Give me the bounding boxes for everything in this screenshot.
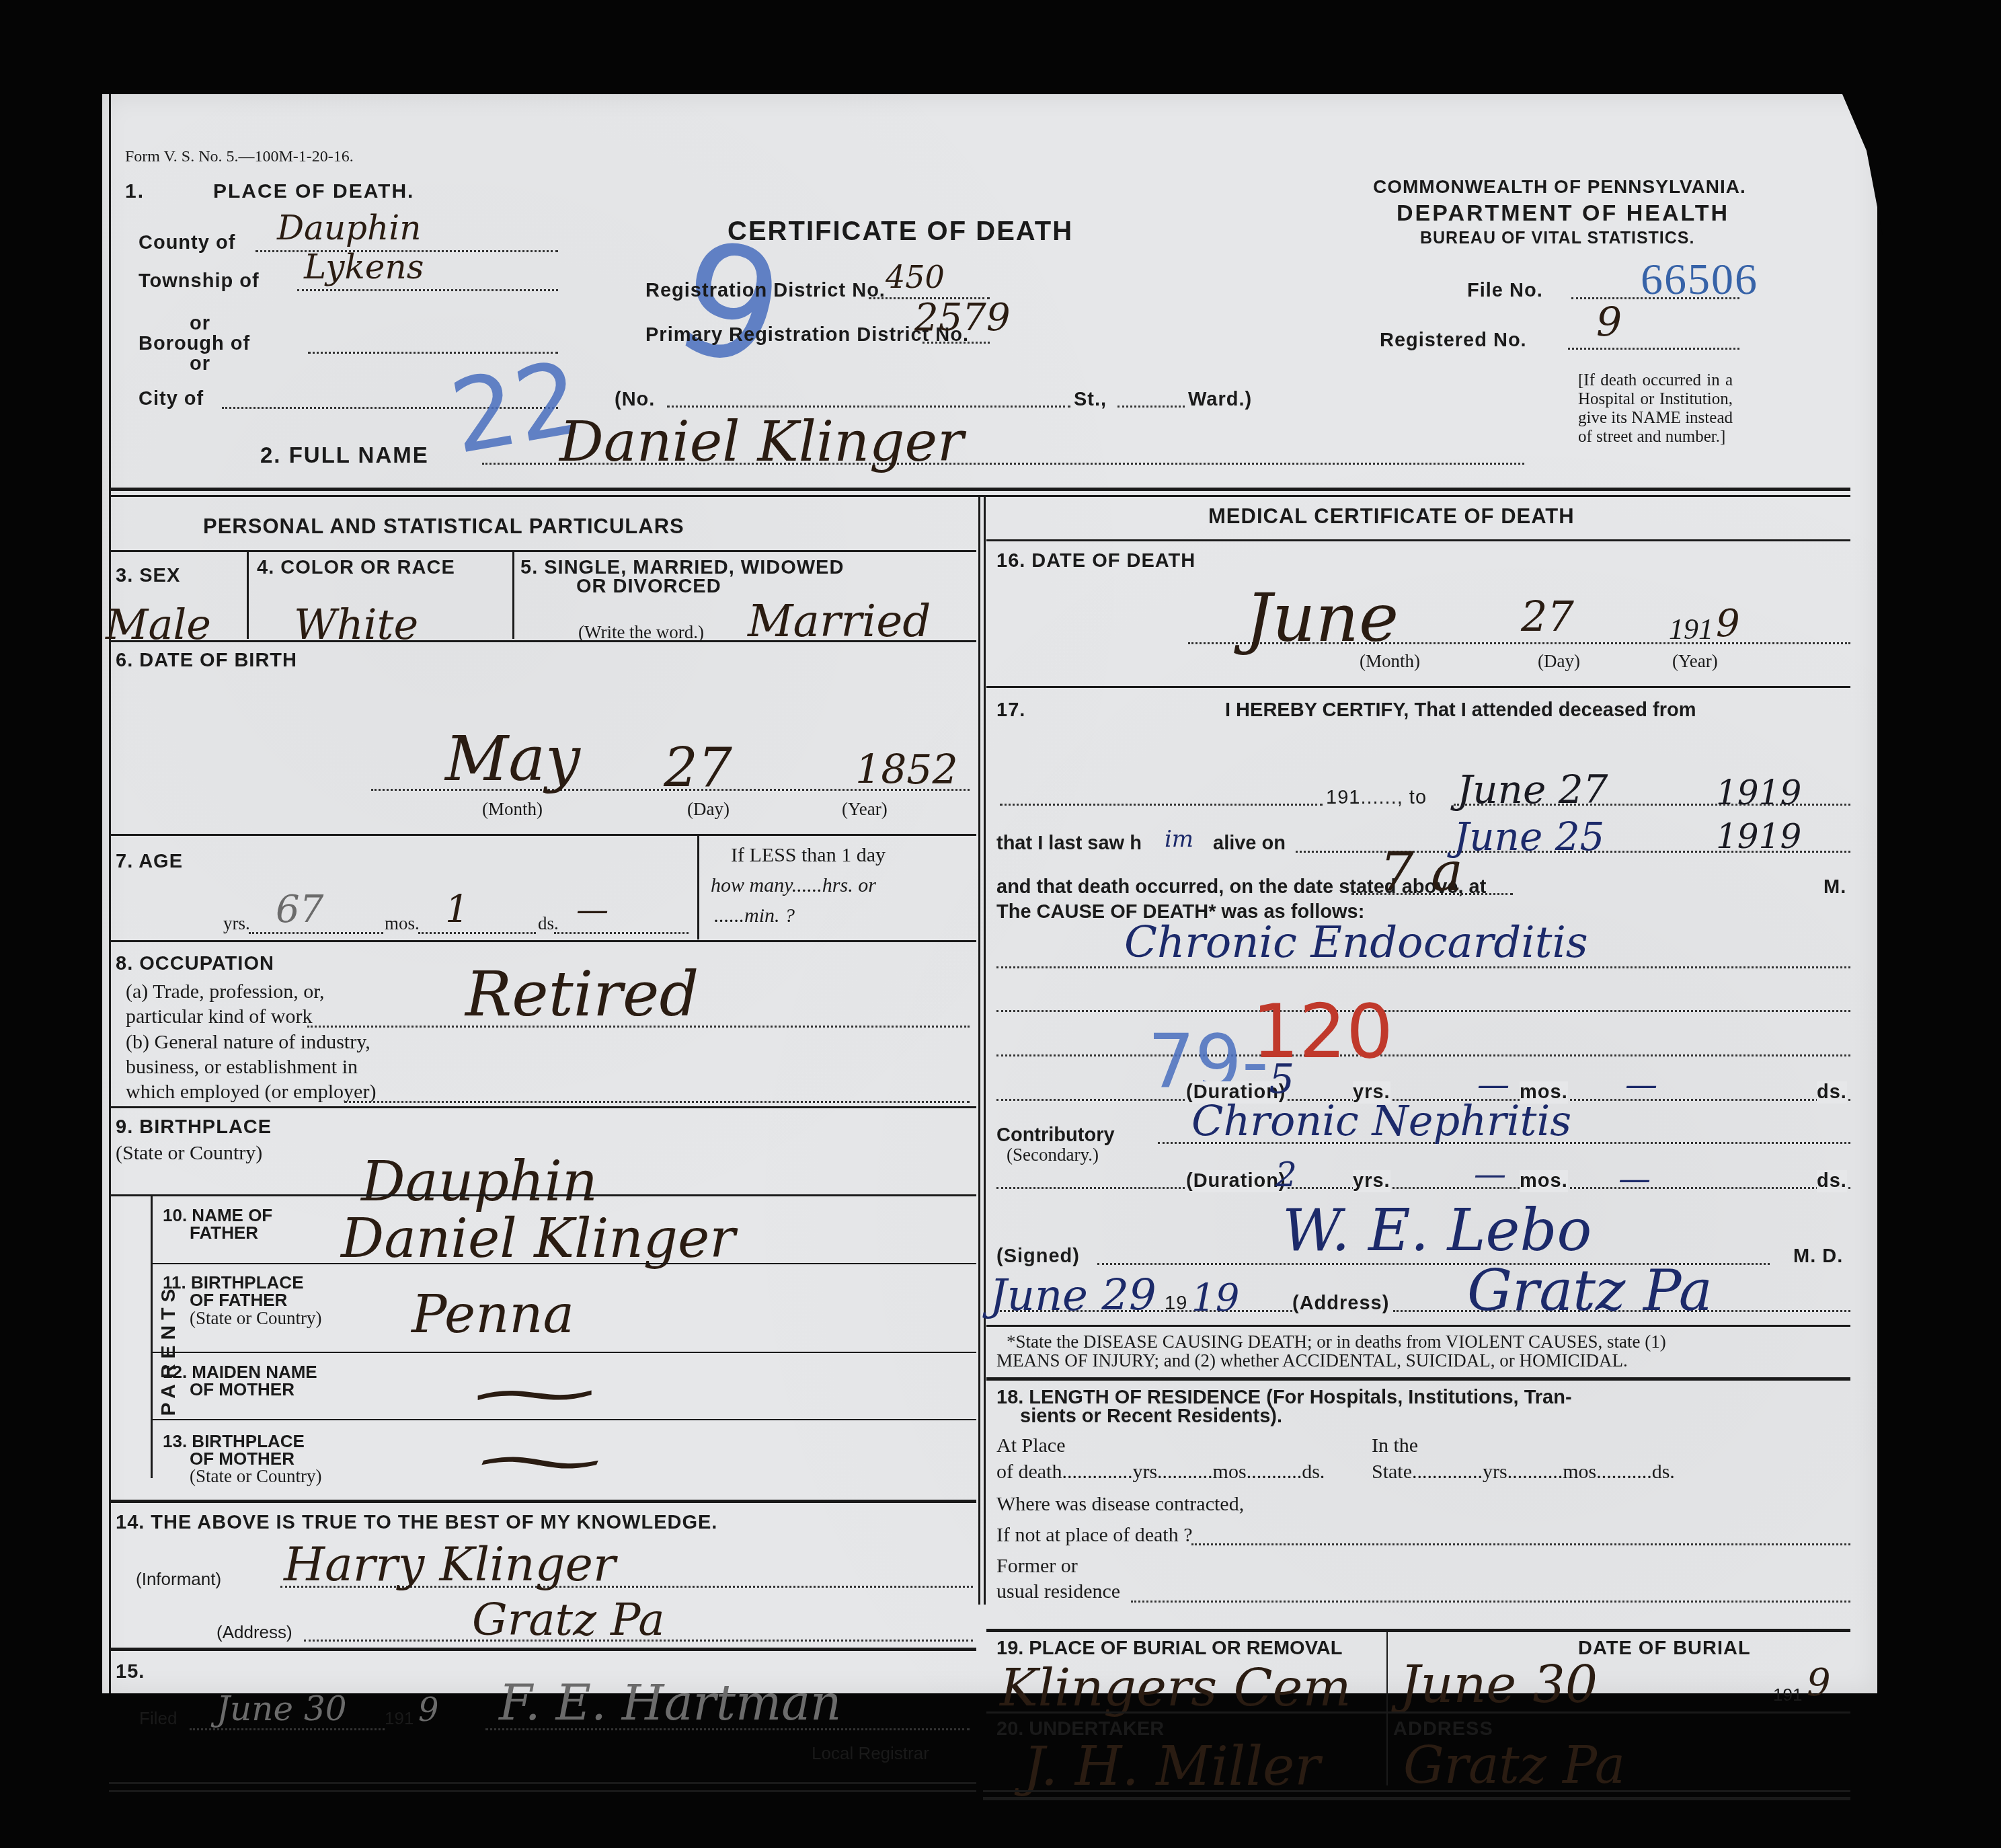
- former-residence-label: Former or: [996, 1555, 1078, 1578]
- undertaker-address-value: Gratz Pa: [1403, 1735, 1625, 1795]
- birthplace-hint: (State or Country): [116, 1142, 262, 1165]
- contributory-duration-years: 2: [1276, 1155, 1297, 1194]
- or-text: or: [190, 353, 210, 375]
- burial-date-value: June 30: [1400, 1654, 1598, 1714]
- date-of-death-label: 16. DATE OF DEATH: [996, 550, 1195, 572]
- left-border: [109, 94, 111, 1693]
- registrar-signature: F. E. Hartman: [499, 1674, 841, 1731]
- form-number: Form V. S. No. 5.—100M-1-20-16.: [125, 148, 354, 166]
- issuer-commonwealth: COMMONWEALTH OF PENNSYLVANIA.: [1373, 176, 1746, 198]
- physician-signature: W. E. Lebo: [1282, 1197, 1592, 1264]
- dob-year: 1852: [855, 746, 958, 794]
- section-15-number: 15.: [116, 1661, 145, 1683]
- mother-birthplace-value: ~: [450, 1423, 631, 1500]
- father-name-label-2: FATHER: [190, 1223, 258, 1243]
- cause-duration-days: —: [1625, 1066, 1657, 1104]
- date-of-death-month: June: [1245, 578, 1399, 657]
- hospital-note: [If death occurred in a Hospital or Inst…: [1578, 371, 1733, 447]
- place-of-death-heading: PLACE OF DEATH.: [213, 180, 414, 203]
- primary-district-value: 2579: [914, 296, 1011, 340]
- registered-no-value: 9: [1596, 299, 1622, 346]
- signed-year-prefix: 19: [1165, 1293, 1187, 1315]
- section-17-number: 17.: [996, 699, 1025, 722]
- registered-no-label: Registered No.: [1380, 330, 1527, 352]
- age-yrs-label: yrs.: [223, 913, 250, 934]
- file-no-label: File No.: [1467, 280, 1543, 302]
- last-saw-pronoun: im: [1165, 826, 1193, 853]
- mother-birthplace-hint: (State or Country): [190, 1466, 321, 1487]
- father-birthplace-hint: (State or Country): [190, 1308, 321, 1329]
- last-saw-label: that I last saw h: [996, 833, 1142, 855]
- mother-maiden-name-label-2: OF MOTHER: [190, 1379, 295, 1400]
- registration-district-label: Registration District No.: [645, 280, 886, 302]
- alive-on-label: alive on: [1213, 833, 1286, 855]
- burial-place-value: Klingers Cem: [1000, 1658, 1351, 1718]
- date-of-death-year-prefix: 191: [1669, 612, 1713, 646]
- borough-label: Borough of: [139, 333, 250, 355]
- disease-contracted-label: Where was disease contracted,: [996, 1493, 1244, 1516]
- death-certificate-page: Form V. S. No. 5.—100M-1-20-16. 1. PLACE…: [102, 94, 1877, 1693]
- physician-address-value: Gratz Pa: [1467, 1258, 1713, 1323]
- occupation-b-line3: which employed (or employer): [126, 1081, 376, 1104]
- marital-label-2: OR DIVORCED: [576, 576, 721, 598]
- occupation-a-line2: particular kind of work: [126, 1005, 312, 1028]
- township-value: Lykens: [304, 247, 424, 286]
- age-ds-label: ds.: [538, 913, 559, 934]
- month-caption: (Month): [482, 799, 543, 820]
- death-time-value: 7 a: [1380, 841, 1463, 903]
- age-days: —: [576, 891, 609, 929]
- physician-address-label: (Address): [1292, 1293, 1389, 1315]
- informant-address-value: Gratz Pa: [472, 1594, 665, 1646]
- date-of-death-day: 27: [1521, 592, 1574, 641]
- filed-year-suffix: 9: [418, 1691, 439, 1729]
- attended-to-date: June 27: [1457, 767, 1608, 812]
- at-place-label: At Place: [996, 1434, 1065, 1457]
- ds-label: ds.: [1817, 1081, 1847, 1104]
- filed-date: June 30: [217, 1689, 347, 1728]
- age-months: 1: [445, 888, 469, 931]
- township-label: Township of: [139, 270, 260, 293]
- last-saw-date: June 25: [1454, 814, 1605, 859]
- occupation-value: Retired: [465, 958, 699, 1030]
- occupation-label: 8. OCCUPATION: [116, 953, 274, 975]
- birthplace-label: 9. BIRTHPLACE: [116, 1116, 272, 1139]
- informant-heading: 14. THE ABOVE IS TRUE TO THE BEST OF MY …: [116, 1512, 717, 1534]
- file-no-stamp: 66506: [1641, 254, 1758, 305]
- personal-heading: PERSONAL AND STATISTICAL PARTICULARS: [203, 514, 684, 539]
- residence-heading-2: sients or Recent Residents).: [1020, 1406, 1282, 1428]
- cause-of-death-value: Chronic Endocarditis: [1124, 918, 1588, 968]
- father-name-value: Daniel Klinger: [341, 1207, 736, 1270]
- occupation-a-line1: (a) Trade, profession, or,: [126, 980, 324, 1003]
- full-name-value: Daniel Klinger: [559, 410, 964, 474]
- age-mos-label: mos.: [385, 913, 420, 934]
- or-text: or: [190, 313, 210, 335]
- last-saw-year: 1919: [1716, 817, 1801, 856]
- burial-place-label: 19. PLACE OF BURIAL OR REMOVAL: [996, 1638, 1343, 1660]
- birthplace-value: Dauphin: [361, 1150, 598, 1214]
- father-birthplace-value: Penna: [411, 1284, 574, 1345]
- secondary-label: (Secondary.): [1007, 1145, 1099, 1165]
- ds-label: ds.: [1817, 1170, 1847, 1192]
- county-value: Dauphin: [277, 208, 422, 247]
- age-years: 67: [276, 888, 323, 931]
- dob-label: 6. DATE OF BIRTH: [116, 650, 297, 672]
- month-caption: (Month): [1360, 651, 1420, 672]
- death-time-suffix: M.: [1823, 876, 1846, 898]
- less-than-day-note: If LESS than 1 day: [731, 844, 886, 867]
- in-state-duration: State..............yrs...........mos....…: [1372, 1461, 1675, 1484]
- contributory-duration-days: —: [1618, 1160, 1651, 1198]
- yrs-label: yrs.: [1353, 1170, 1390, 1192]
- footnote-line2: MEANS OF INJURY; and (2) whether ACCIDEN…: [996, 1350, 1628, 1371]
- parents-vertical-label: PARENTS: [157, 1283, 180, 1416]
- dob-month: May: [445, 723, 580, 795]
- section-1-number: 1.: [125, 180, 145, 203]
- contributory-duration-months: —: [1474, 1155, 1506, 1193]
- race-label: 4. COLOR OR RACE: [257, 557, 455, 579]
- year-caption: (Year): [842, 799, 888, 820]
- age-label: 7. AGE: [116, 851, 183, 873]
- attended-to-year: 1919: [1716, 773, 1801, 812]
- at-place-duration: of death..............yrs...........mos.…: [996, 1461, 1325, 1484]
- dob-day: 27: [664, 736, 732, 799]
- date-of-death-year-suffix: 9: [1716, 602, 1740, 646]
- full-name-label: 2. FULL NAME: [260, 442, 429, 468]
- disease-contracted-question: If not at place of death ?: [996, 1524, 1193, 1547]
- county-label: County of: [139, 232, 235, 254]
- occupation-b-line2: business, or establishment in: [126, 1056, 358, 1079]
- marital-value: Married: [748, 595, 931, 647]
- mos-label: mos.: [1520, 1170, 1568, 1192]
- contributory-value: Chronic Nephritis: [1191, 1096, 1571, 1145]
- signed-label: (Signed): [996, 1245, 1080, 1268]
- medical-heading: MEDICAL CERTIFICATE OF DEATH: [1208, 504, 1575, 529]
- contributory-label: Contributory: [996, 1124, 1115, 1147]
- footnote-line1: *State the DISEASE CAUSING DEATH; or in …: [1007, 1332, 1666, 1352]
- signed-date: June 29: [990, 1271, 1156, 1321]
- day-caption: (Day): [687, 799, 730, 820]
- issuer-bureau: BUREAU OF VITAL STATISTICS.: [1420, 229, 1694, 248]
- ward-label: Ward.): [1188, 389, 1252, 411]
- filed-label: Filed: [139, 1708, 177, 1729]
- city-label: City of: [139, 388, 204, 410]
- burial-year-suffix: 9: [1807, 1661, 1831, 1705]
- day-caption: (Day): [1538, 651, 1580, 672]
- informant-value: Harry Klinger: [284, 1537, 615, 1592]
- filed-year-prefix: 191: [385, 1708, 414, 1729]
- column-divider: [978, 495, 980, 1605]
- informant-label: (Informant): [136, 1569, 221, 1590]
- usual-residence-label: usual residence: [996, 1580, 1120, 1603]
- attended-from: 191......, to: [1326, 787, 1427, 809]
- sex-label: 3. SEX: [116, 565, 180, 587]
- burial-year-prefix: 191: [1773, 1685, 1802, 1705]
- street-label: St.,: [1074, 389, 1107, 411]
- in-state-label: In the: [1372, 1434, 1418, 1457]
- certify-statement: I HEREBY CERTIFY, That I attended deceas…: [1225, 699, 1696, 722]
- issuer-department: DEPARTMENT OF HEALTH: [1397, 200, 1729, 227]
- registrar-label: Local Registrar: [812, 1743, 929, 1764]
- certificate-title: CERTIFICATE OF DEATH: [728, 217, 1073, 247]
- less-than-day-minutes: ......min. ?: [714, 904, 795, 927]
- signed-year-suffix: 19: [1191, 1276, 1239, 1320]
- registration-district-value: 450: [886, 259, 945, 295]
- md-label: M. D.: [1793, 1245, 1843, 1268]
- burial-date-label: DATE OF BURIAL: [1578, 1638, 1751, 1660]
- informant-address-label: (Address): [217, 1622, 292, 1643]
- occupation-b-line1: (b) General nature of industry,: [126, 1031, 370, 1054]
- undertaker-value: J. H. Miller: [1023, 1735, 1321, 1798]
- less-than-day-hours: how many......hrs. or: [711, 874, 876, 897]
- year-caption: (Year): [1672, 651, 1718, 672]
- street-no-label: (No.: [615, 389, 655, 411]
- contributory-duration-label: (Duration): [1186, 1170, 1286, 1192]
